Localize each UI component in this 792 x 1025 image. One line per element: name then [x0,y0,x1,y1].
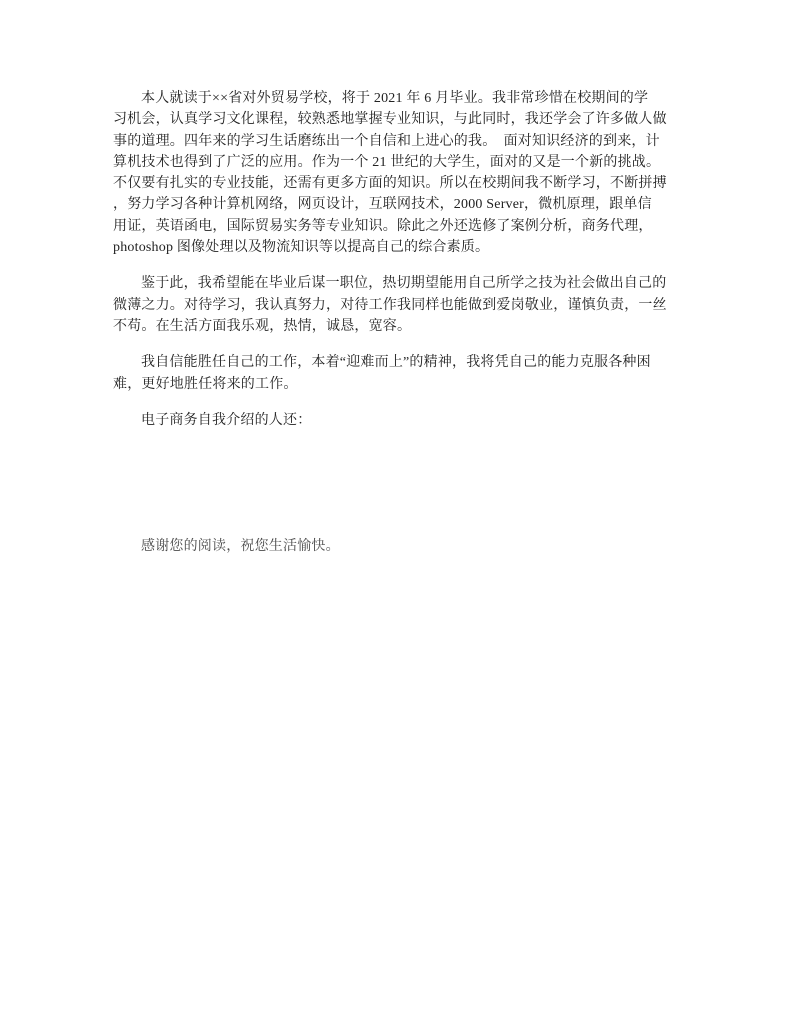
document-page: 本人就读于××省对外贸易学校，将于 2021 年 6 月毕业。我非常珍惜在校期间… [0,0,792,1025]
document-body: 本人就读于××省对外贸易学校，将于 2021 年 6 月毕业。我非常珍惜在校期间… [113,88,680,572]
paragraph-related-note: 电子商务自我介绍的人还： [113,410,680,431]
paragraph-confidence: 我自信能胜任自己的工作，本着“迎难而上”的精神，我将凭自己的能力克服各种困 难，… [113,352,680,395]
paragraph-aspiration: 鉴于此，我希望能在毕业后谋一职位，热切期望能用自己所学之技为社会做出自己的 微薄… [113,273,680,337]
closing-courtesy-line: 感谢您的阅读，祝您生活愉快。 [113,536,680,557]
paragraph-introduction: 本人就读于××省对外贸易学校，将于 2021 年 6 月毕业。我非常珍惜在校期间… [113,88,680,258]
